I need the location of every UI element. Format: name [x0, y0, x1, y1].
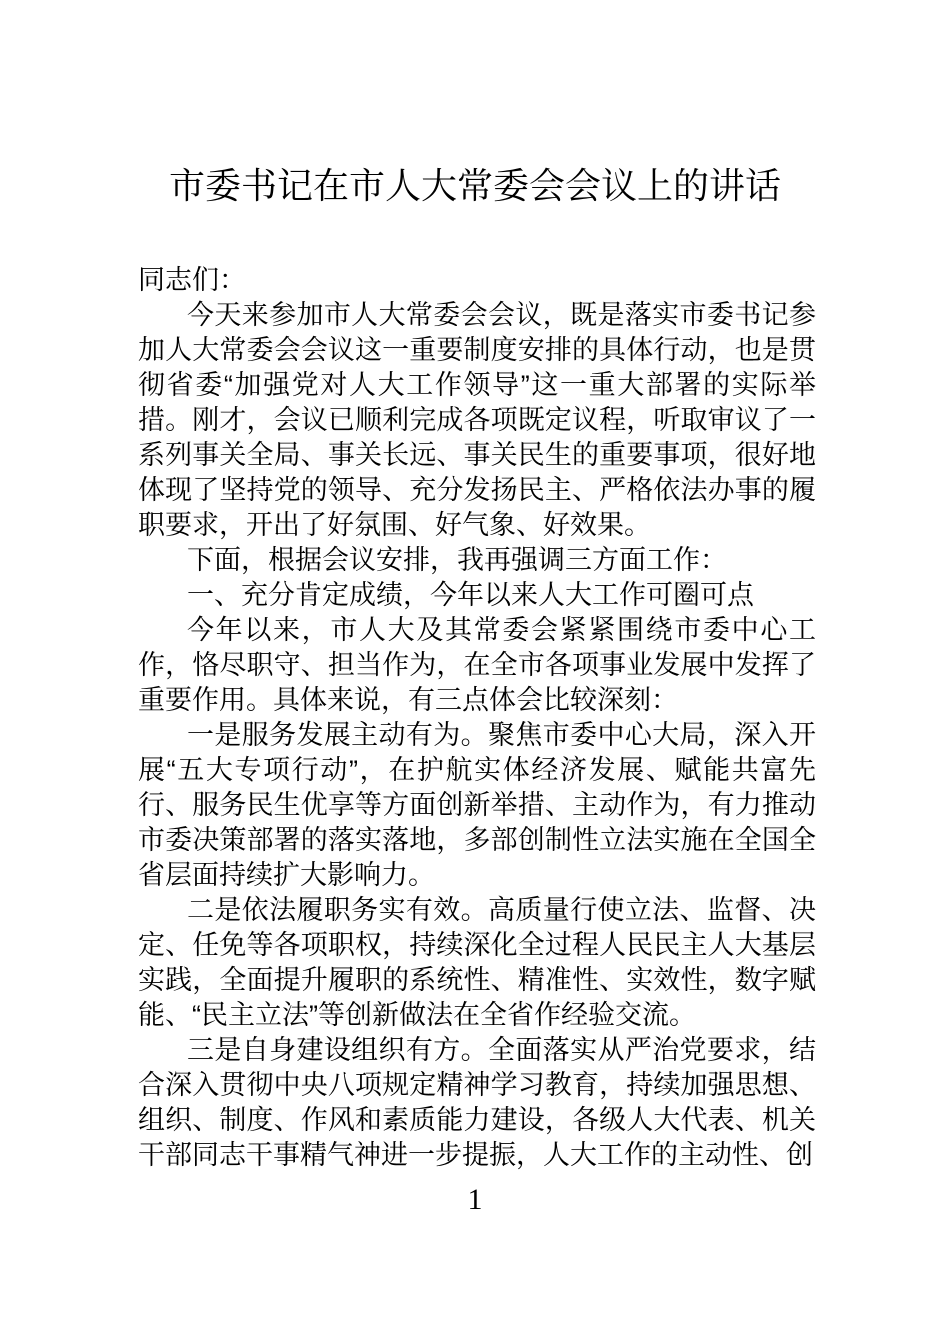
document-page: 市委书记在市人大常委会会议上的讲话 同志们： 今天来参加市人大常委会会议，既是落… [0, 0, 950, 1344]
salutation: 同志们： [138, 263, 816, 298]
document-title: 市委书记在市人大常委会会议上的讲话 [0, 158, 950, 214]
paragraph: 今天来参加市人大常委会会议，既是落实市委书记参加人大常委会会议这一重要制度安排的… [138, 298, 816, 543]
paragraph: 二是依法履职务实有效。高质量行使立法、监督、决定、任免等各项职权，持续深化全过程… [138, 893, 816, 1033]
page-number: 1 [0, 1182, 950, 1218]
paragraph: 今年以来，市人大及其常委会紧紧围绕市委中心工作，恪尽职守、担当作为，在全市各项事… [138, 613, 816, 718]
paragraph: 三是自身建设组织有方。全面落实从严治党要求，结合深入贯彻中央八项规定精神学习教育… [138, 1033, 816, 1173]
document-body: 同志们： 今天来参加市人大常委会会议，既是落实市委书记参加人大常委会会议这一重要… [138, 263, 816, 1173]
section-heading: 一、充分肯定成绩，今年以来人大工作可圈可点 [138, 578, 816, 613]
paragraph: 一是服务发展主动有为。聚焦市委中心大局，深入开展“五大专项行动”，在护航实体经济… [138, 718, 816, 893]
paragraph: 下面，根据会议安排，我再强调三方面工作： [138, 543, 816, 578]
